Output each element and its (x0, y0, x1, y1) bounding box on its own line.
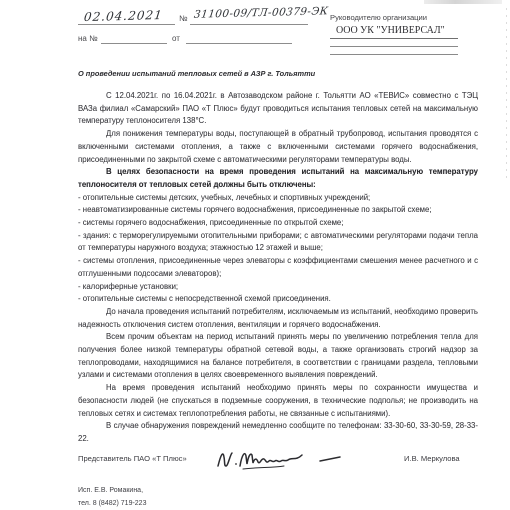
scanned-letter-page: 02.04.2021 № 31100-09/ТЛ-00379-ЭК на № о… (0, 0, 510, 510)
body-paragraph: На время проведения испытаний необходимо… (78, 382, 478, 420)
list-item: - отопительные системы с непосредственно… (78, 293, 478, 306)
executor-name: Исп. Е.В. Ромакина, (78, 485, 146, 498)
addressee-block: Руководителю организации ООО УК "УНИВЕРС… (330, 13, 460, 55)
letter-body: С 12.04.2021г. по 16.04.2021г. в Автозав… (78, 90, 478, 446)
body-paragraph: В целях безопасности на время проведения… (78, 166, 478, 191)
body-paragraph: С 12.04.2021г. по 16.04.2021г. в Автозав… (78, 90, 478, 128)
addressee-organization: ООО УК "УНИВЕРСАЛ" (330, 25, 458, 39)
from-label: от (172, 34, 180, 43)
subject-line: О проведении испытаний тепловых сетей в … (78, 69, 418, 78)
addressee-blank-line (330, 54, 458, 55)
handwritten-date: 02.04.2021 (83, 8, 163, 24)
reply-to-underline (101, 43, 167, 44)
body-paragraph: До начала проведения испытаний потребите… (78, 306, 478, 331)
executor-phone: тел. 8 (8482) 719-223 (78, 498, 146, 510)
list-item: - неавтоматизированные системы горячего … (78, 204, 478, 217)
signer-name: И.В. Меркулова (404, 454, 460, 463)
executor-block: Исп. Е.В. Ромакина, тел. 8 (8482) 719-22… (78, 485, 146, 510)
scan-margin-artifact (506, 8, 507, 178)
handwritten-signature (212, 442, 362, 474)
number-label: № (179, 14, 188, 23)
scan-edge-artifact (424, 0, 502, 4)
list-item: - системы отопления, присоединенные чере… (78, 255, 478, 280)
from-underline (186, 43, 292, 44)
list-item: - системы горячего водоснабжения, присое… (78, 217, 478, 230)
list-item: - здания: с терморегулируемыми отопитель… (78, 230, 478, 255)
body-paragraph: Для понижения температуры воды, поступаю… (78, 128, 478, 166)
signer-title: Представитель ПАО «Т Плюс» (78, 454, 187, 463)
reply-to-label: на № (78, 34, 98, 43)
number-underline (190, 24, 308, 25)
addressee-blank-line (330, 46, 458, 47)
handwritten-number: 31100-09/ТЛ-00379-ЭК (193, 5, 329, 21)
list-item: - отопительные системы детских, учебных,… (78, 192, 478, 205)
date-underline (78, 24, 175, 25)
list-item: - калориферные установки; (78, 281, 478, 294)
body-paragraph: Всем прочим объектам на период испытаний… (78, 331, 478, 382)
addressee-role: Руководителю организации (330, 13, 460, 22)
